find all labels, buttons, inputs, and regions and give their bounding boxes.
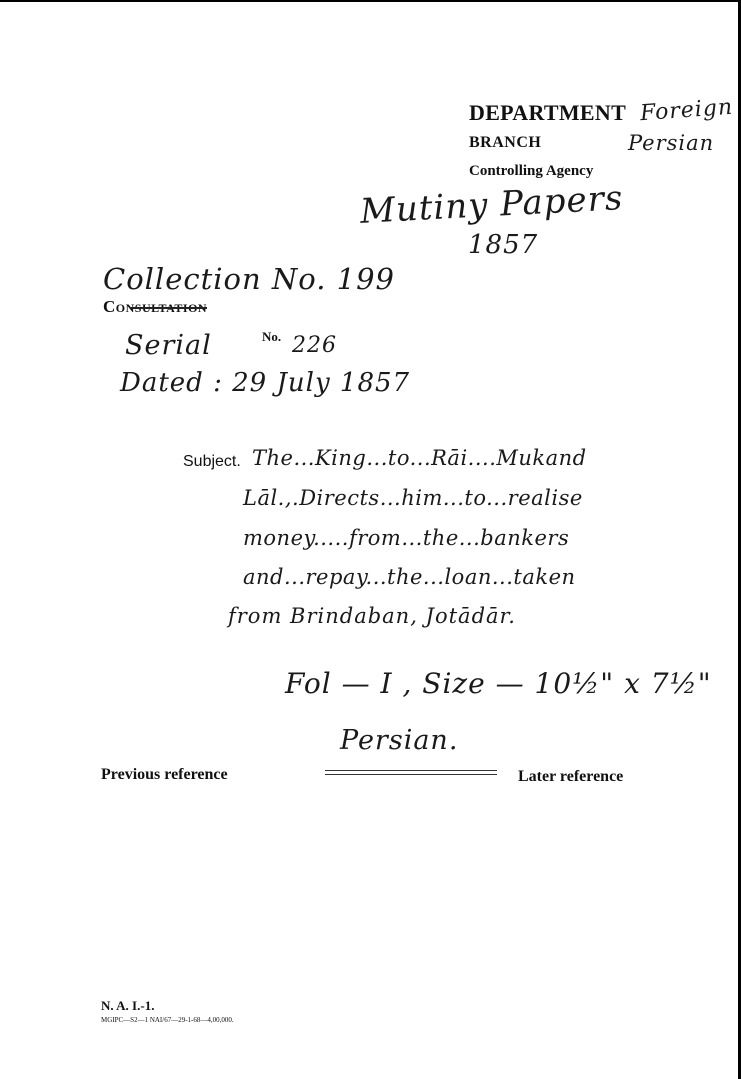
department-label: DEPARTMENT: [469, 100, 626, 126]
language-note: Persian.: [340, 725, 458, 756]
controlling-agency-label: Controlling Agency: [469, 163, 593, 180]
subject-line: from Brindaban, Jotādār.: [228, 604, 516, 628]
collection-number: Collection No. 199: [103, 262, 395, 296]
serial-no-label: No.: [262, 329, 281, 345]
print-info: MGIPC—S2—1 NAI/67—29-1-68—4,00,000.: [101, 1016, 234, 1024]
department-value: Foreign: [639, 95, 734, 126]
folio-size-note: Fol — I , Size — 10½" x 7½": [285, 667, 712, 700]
subject-line: money.....from...the...bankers: [243, 526, 569, 550]
subject-line: Lāl.,.Directs...him...to...realise: [243, 486, 583, 510]
serial-number-value: 226: [292, 333, 337, 358]
branch-label: BRANCH: [469, 134, 541, 152]
serial-label: Serial: [125, 330, 212, 361]
page-border-top: [0, 0, 741, 2]
collection-year: 1857: [468, 230, 538, 260]
subject-line: The...King...to...Rāi....Mukand: [252, 446, 587, 470]
subject-line: and...repay...the...loan...taken: [243, 565, 576, 589]
double-rule-bottom: [325, 774, 497, 775]
dated-field: Dated : 29 July 1857: [120, 368, 410, 398]
strikethrough-line: [131, 307, 207, 309]
previous-reference-label: Previous reference: [101, 766, 228, 784]
later-reference-label: Later reference: [518, 768, 623, 786]
double-rule-top: [325, 770, 497, 771]
collection-title: Mutiny Papers: [359, 178, 624, 232]
consultation-label: Consultation: [103, 297, 207, 317]
subject-label: Subject.: [183, 453, 241, 471]
form-number: N. A. I.-1.: [101, 998, 154, 1014]
branch-value: Persian: [628, 131, 714, 155]
